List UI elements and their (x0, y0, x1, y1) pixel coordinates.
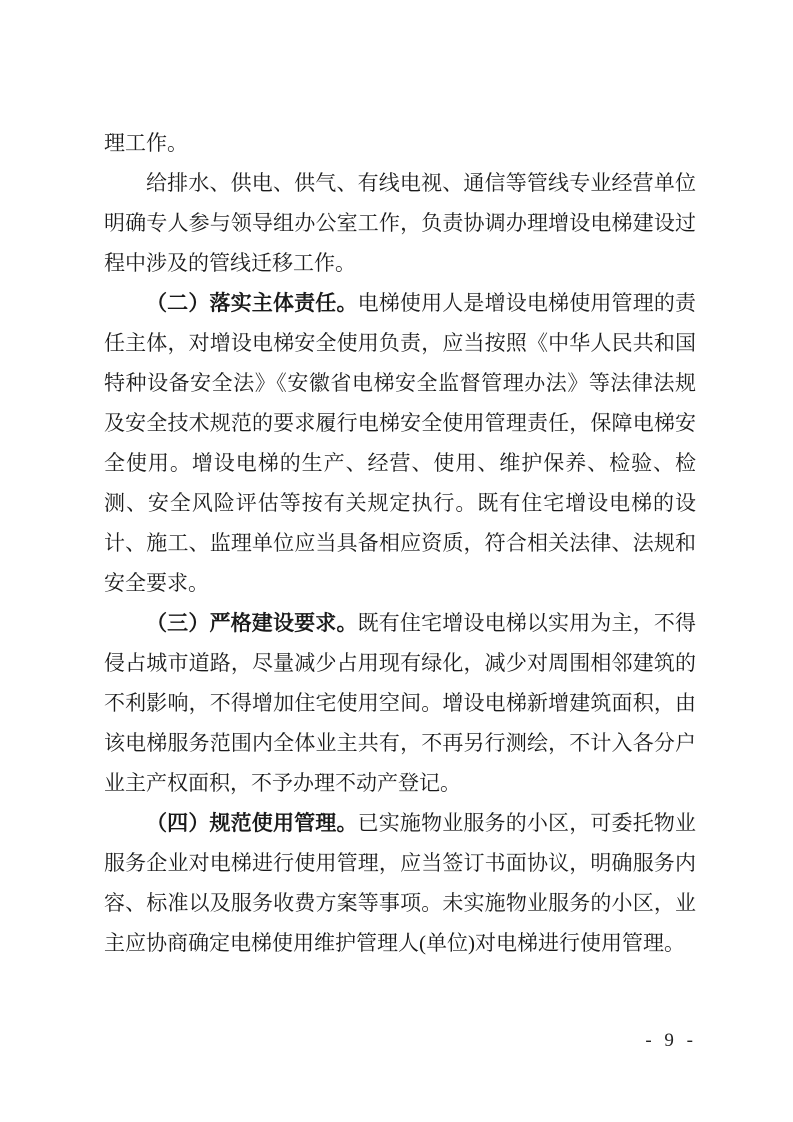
paragraph-pipeline-units: 给排水、供电、供气、有线电视、通信等管线专业经营单位明确专人参与领导组办公室工作… (104, 163, 696, 283)
paragraph-continuation: 理工作。 (104, 123, 696, 163)
section-3-heading: （三）严格建设要求。 (146, 611, 358, 635)
paragraph-text: 既有住宅增设电梯以实用为主，不得侵占城市道路，尽量减少占用现有绿化，减少对周围相… (104, 611, 696, 795)
paragraph-text: 给排水、供电、供气、有线电视、通信等管线专业经营单位明确专人参与领导组办公室工作… (104, 171, 696, 275)
document-body: 理工作。 给排水、供电、供气、有线电视、通信等管线专业经营单位明确专人参与领导组… (104, 123, 696, 963)
paragraph-section-2: （二）落实主体责任。电梯使用人是增设电梯使用管理的责任主体，对增设电梯安全使用负… (104, 283, 696, 603)
section-4-heading: （四）规范使用管理。 (146, 811, 358, 835)
page-number: - 9 - (645, 1030, 697, 1052)
section-2-heading: （二）落实主体责任。 (146, 291, 358, 315)
paragraph-text: 理工作。 (104, 131, 188, 155)
paragraph-section-3: （三）严格建设要求。既有住宅增设电梯以实用为主，不得侵占城市道路，尽量减少占用现… (104, 603, 696, 803)
paragraph-text: 电梯使用人是增设电梯使用管理的责任主体，对增设电梯安全使用负责，应当按照《中华人… (104, 291, 696, 595)
document-page: 理工作。 给排水、供电、供气、有线电视、通信等管线专业经营单位明确专人参与领导组… (0, 0, 793, 1122)
paragraph-section-4: （四）规范使用管理。已实施物业服务的小区，可委托物业服务企业对电梯进行使用管理，… (104, 803, 696, 963)
